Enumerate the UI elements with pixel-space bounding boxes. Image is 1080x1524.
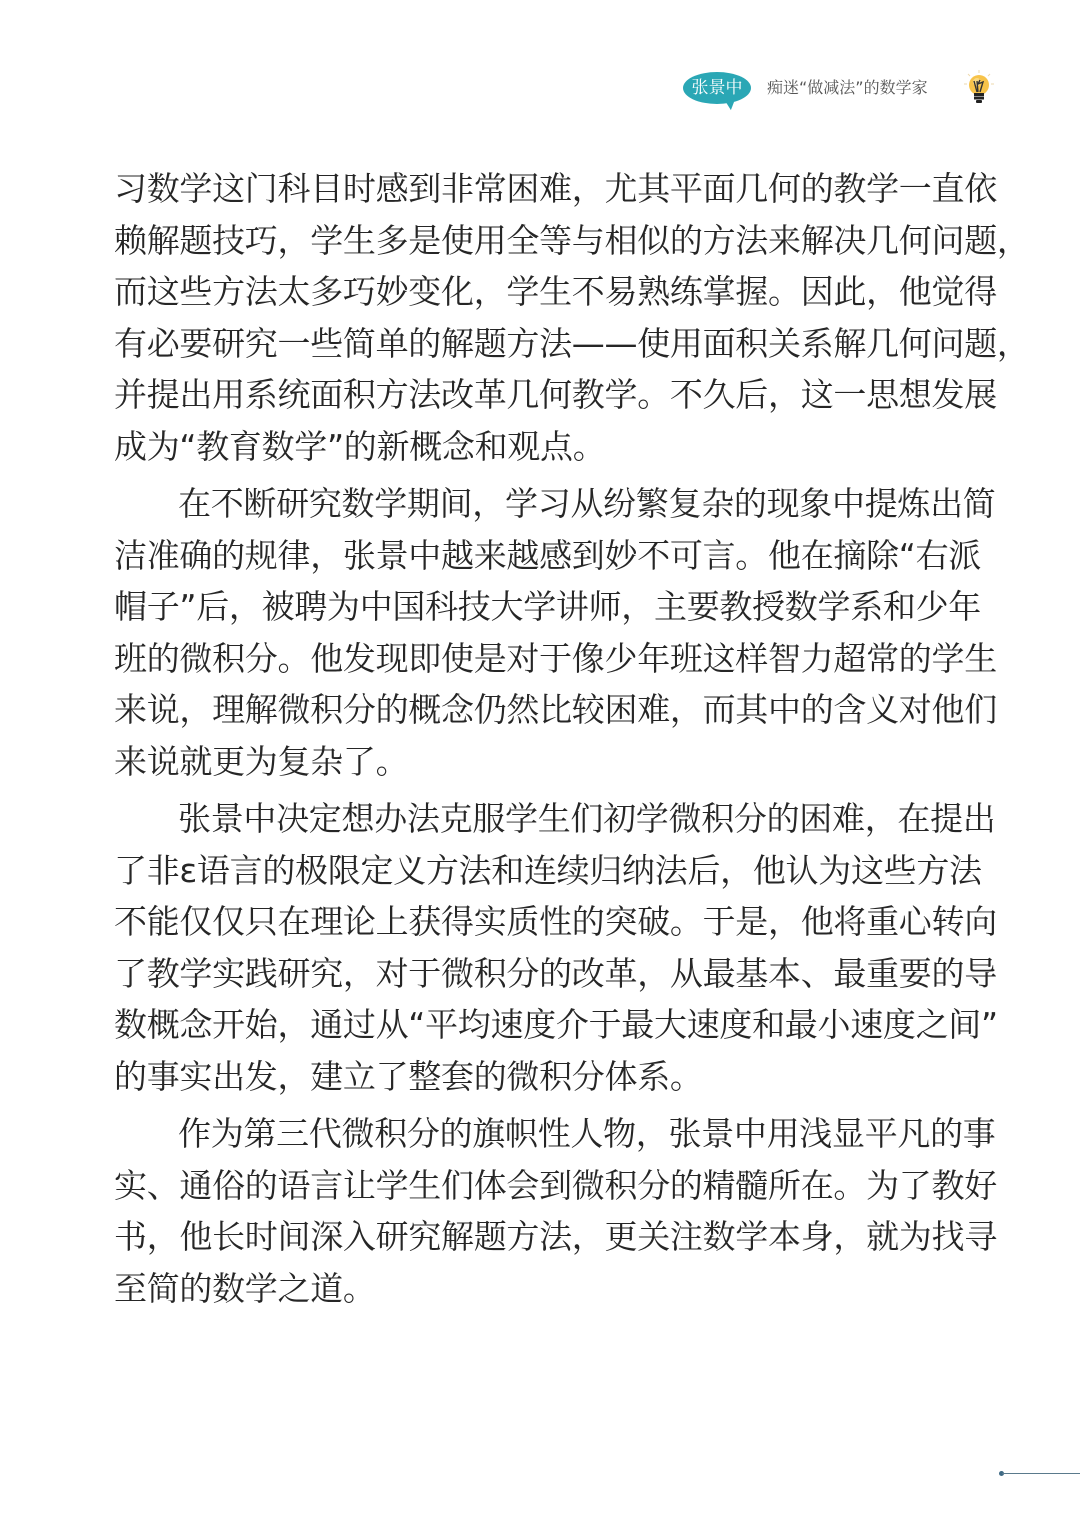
text-line: 了非ε语言的极限定义方法和连续归纳法后，他认为这些方法 xyxy=(114,845,974,897)
text-line: 了教学实践研究，对于微积分的改革，从最基本、最重要的导 xyxy=(114,948,974,1000)
paragraph: 张景中决定想办法克服学生们初学微积分的困难，在提出 了非ε语言的极限定义方法和连… xyxy=(114,793,974,1102)
lightbulb-svg xyxy=(964,70,994,108)
footer-rule xyxy=(1002,1473,1080,1474)
speech-bubble-tail xyxy=(725,99,737,111)
text-line: 洁准确的规律，张景中越来越感到妙不可言。他在摘除“右派 xyxy=(114,530,974,582)
text-line: 来说，理解微积分的概念仍然比较困难，而其中的含义对他们 xyxy=(114,684,974,736)
text-line: 作为第三代微积分的旗帜性人物，张景中用浅显平凡的事 xyxy=(114,1108,974,1160)
chapter-badge: 张景中 xyxy=(683,72,751,104)
text-line: 的事实出发，建立了整套的微积分体系。 xyxy=(114,1051,974,1103)
chapter-badge-label: 张景中 xyxy=(692,78,743,98)
text-line: 实、通俗的语言让学生们体会到微积分的精髓所在。为了教好 xyxy=(114,1160,974,1212)
text-line: 在不断研究数学期间，学习从纷繁复杂的现象中提炼出简 xyxy=(114,478,974,530)
text-line: 张景中决定想办法克服学生们初学微积分的困难，在提出 xyxy=(114,793,974,845)
running-header: 张景中 痴迷“做减法”的数学家 17 xyxy=(680,70,1020,114)
lightbulb-icon: 17 xyxy=(964,70,994,108)
chapter-title: 痴迷“做减法”的数学家 xyxy=(767,76,928,100)
text-line: 习数学这门科目时感到非常困难，尤其平面几何的教学一直依 xyxy=(114,163,974,215)
body-text: 习数学这门科目时感到非常困难，尤其平面几何的教学一直依 赖解题技巧，学生多是使用… xyxy=(114,163,974,1314)
text-line: 不能仅仅只在理论上获得实质性的突破。于是，他将重心转向 xyxy=(114,896,974,948)
text-line: 来说就更为复杂了。 xyxy=(114,736,974,788)
paragraph: 习数学这门科目时感到非常困难，尤其平面几何的教学一直依 赖解题技巧，学生多是使用… xyxy=(114,163,974,472)
text-line: 帽子”后，被聘为中国科技大学讲师，主要教授数学系和少年 xyxy=(114,581,974,633)
text-line: 书，他长时间深入研究解题方法，更关注数学本身，就为找寻 xyxy=(114,1211,974,1263)
text-line: 至简的数学之道。 xyxy=(114,1263,974,1315)
text-line: 成为“教育数学”的新概念和观点。 xyxy=(114,421,974,473)
text-line: 班的微积分。他发现即使是对于像少年班这样智力超常的学生 xyxy=(114,633,974,685)
text-line: 而这些方法太多巧妙变化，学生不易熟练掌握。因此，他觉得 xyxy=(114,266,974,318)
paragraph: 作为第三代微积分的旗帜性人物，张景中用浅显平凡的事 实、通俗的语言让学生们体会到… xyxy=(114,1108,974,1314)
text-line: 数概念开始，通过从“平均速度介于最大速度和最小速度之间” xyxy=(114,999,974,1051)
paragraph: 在不断研究数学期间，学习从纷繁复杂的现象中提炼出简 洁准确的规律，张景中越来越感… xyxy=(114,478,974,787)
text-line: 赖解题技巧，学生多是使用全等与相似的方法来解决几何问题， xyxy=(114,215,974,267)
text-line: 有必要研究一些简单的解题方法——使用面积关系解几何问题， xyxy=(114,318,974,370)
text-line: 并提出用系统面积方法改革几何教学。不久后，这一思想发展 xyxy=(114,369,974,421)
